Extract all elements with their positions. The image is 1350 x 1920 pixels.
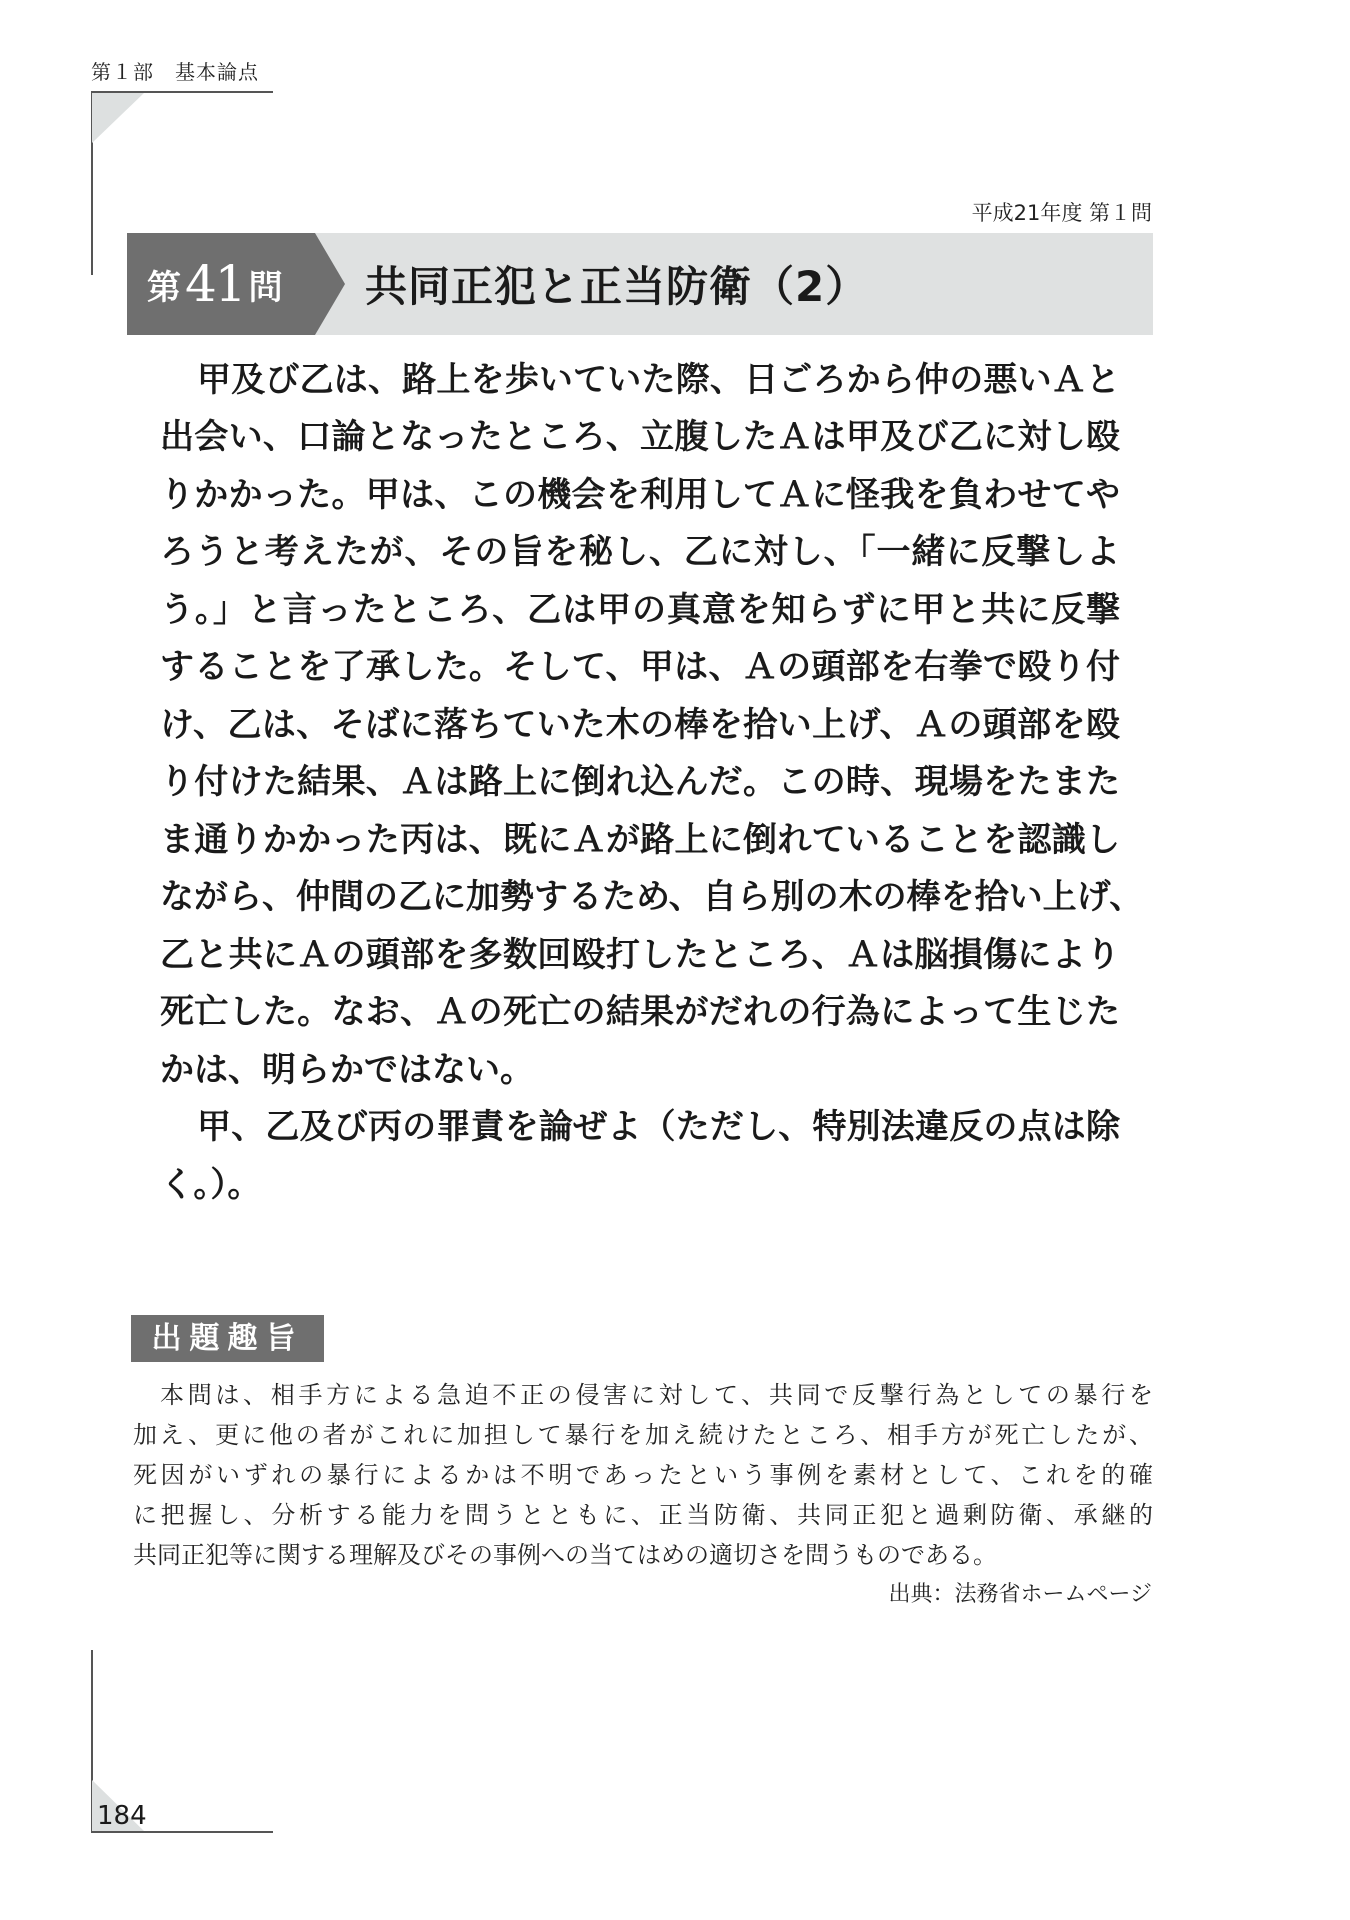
question-line: う。」と言ったところ、乙は甲の真意を知らずに甲と共に反撃 [160, 590, 1120, 630]
purpose-line: 死因がいずれの暴行によるかは不明であったという事例を素材として、これを的確 [133, 1460, 1153, 1490]
footer-rule [91, 1831, 273, 1833]
purpose-line: 加え、更に他の者がこれに加担して暴行を加え続けたところ、相手方が死亡したが、 [133, 1420, 1153, 1450]
page-number: 184 [97, 1801, 147, 1831]
question-instruction-line: 甲、乙及び丙の罪責を論ぜよ（ただし、特別法違反の点は除 [197, 1107, 1120, 1147]
top-corner-triangle [92, 93, 144, 143]
question-line: りかかった。甲は、この機会を利用してＡに怪我を負わせてや [160, 475, 1120, 515]
question-number-prefix: 第 [147, 260, 181, 309]
question-line: ろうと考えたが、その旨を秘し、乙に対し、「一緒に反撃しよ [160, 532, 1120, 572]
question-title-banner: 第 41 問 共同正犯と正当防衛（2） [127, 233, 1153, 335]
exam-reference: 平成21年度 第１問 [972, 198, 1152, 228]
purpose-heading: 出題趣旨 [131, 1315, 324, 1362]
question-number-badge: 第 41 問 [127, 233, 345, 335]
running-header: 第１部 基本論点 [91, 58, 259, 86]
source-citation: 出典：法務省ホームページ [888, 1580, 1152, 1610]
question-line: ながら、仲間の乙に加勢するため、自ら別の木の棒を拾い上げ、 [160, 877, 1120, 917]
question-instruction-line: く。）。 [160, 1165, 1120, 1205]
question-line: 出会い、口論となったところ、立腹したＡは甲及び乙に対し殴 [160, 417, 1120, 457]
question-number: 第 41 問 [147, 233, 283, 335]
question-line: することを了承した。そして、甲は、Ａの頭部を右拳で殴り付 [160, 647, 1120, 687]
question-line: り付けた結果、Ａは路上に倒れ込んだ。この時、現場をたまた [160, 762, 1120, 802]
question-number-suffix: 問 [249, 260, 283, 309]
purpose-line: に把握し、分析する能力を問うとともに、正当防衛、共同正犯と過剰防衛、承継的 [133, 1500, 1153, 1530]
question-line: け、乙は、そばに落ちていた木の棒を拾い上げ、Ａの頭部を殴 [160, 705, 1120, 745]
question-line: 死亡した。なお、Ａの死亡の結果がだれの行為によって生じた [160, 992, 1120, 1032]
question-line: 甲及び乙は、路上を歩いていた際、日ごろから仲の悪いＡと [197, 360, 1120, 400]
purpose-line: 本問は、相手方による急迫不正の侵害に対して、共同で反撃行為としての暴行を [160, 1380, 1153, 1410]
question-line: 乙と共にＡの頭部を多数回殴打したところ、Ａは脳損傷により [160, 935, 1120, 975]
question-line: ま通りかかった丙は、既にＡが路上に倒れていることを認識し [160, 820, 1120, 860]
purpose-line: 共同正犯等に関する理解及びその事例への当てはめの適切さを問うものである。 [133, 1540, 1153, 1570]
question-title: 共同正犯と正当防衛（2） [365, 233, 868, 335]
question-line: かは、明らかではない。 [160, 1050, 1120, 1090]
question-number-value: 41 [185, 255, 245, 313]
